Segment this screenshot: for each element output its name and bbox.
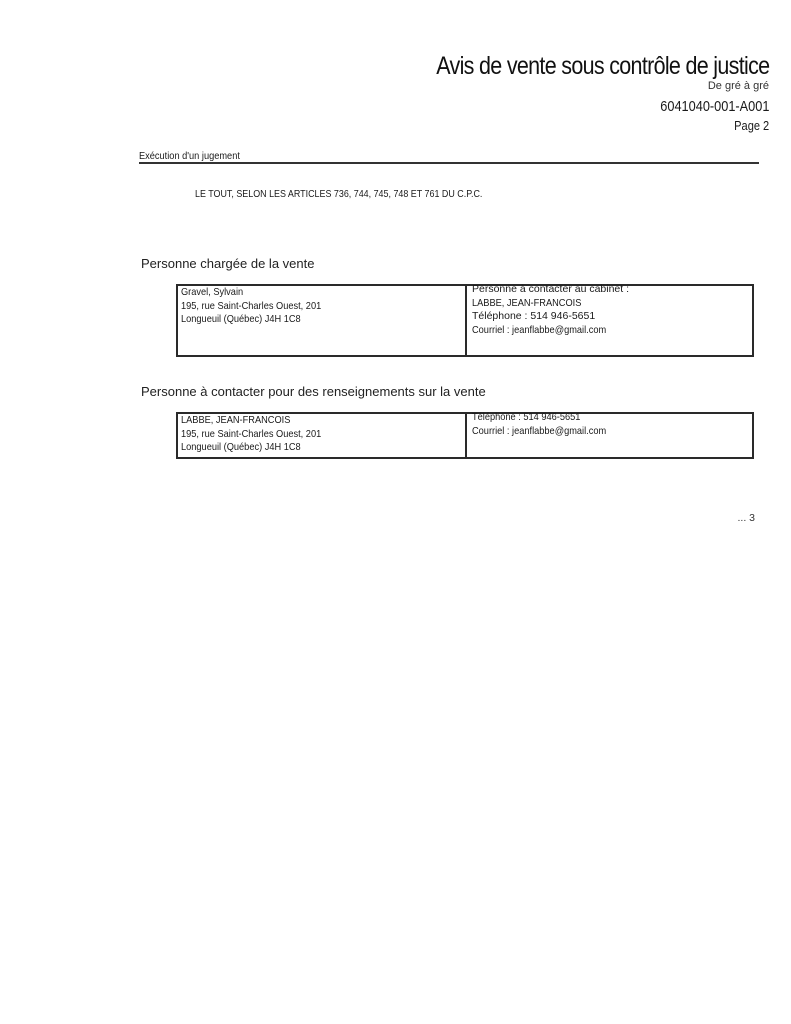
contact-person-box: LABBE, JEAN-FRANCOIS 195, rue Saint-Char… <box>176 412 754 459</box>
address-line: 195, rue Saint-Charles Ouest, 201 <box>181 300 431 314</box>
person-in-charge-box: Gravel, Sylvain 195, rue Saint-Charles O… <box>176 284 754 357</box>
contact-phone: Téléphone : 514 946-5651 <box>472 411 718 425</box>
contact-person-title: Personne à contacter pour des renseignem… <box>141 384 486 399</box>
address-line: Longueuil (Québec) J4H 1C8 <box>181 313 431 327</box>
contact-line: Personne à contacter au cabinet : <box>472 283 752 297</box>
person-in-charge-title: Personne chargée de la vente <box>141 256 314 271</box>
document-subtitle: De gré à gré <box>708 80 769 92</box>
contact-line: LABBE, JEAN-FRANCOIS <box>472 297 718 311</box>
person-in-charge-address: Gravel, Sylvain 195, rue Saint-Charles O… <box>178 286 467 355</box>
document-title: Avis de vente sous contrôle de justice <box>436 52 769 81</box>
contact-email: Courriel : jeanflabbe@gmail.com <box>472 324 718 338</box>
contact-person-address: LABBE, JEAN-FRANCOIS 195, rue Saint-Char… <box>178 414 467 457</box>
section-divider <box>139 162 759 164</box>
address-line: Gravel, Sylvain <box>181 286 431 300</box>
address-line: LABBE, JEAN-FRANCOIS <box>181 414 431 428</box>
section-heading-text: Exécution d'un jugement <box>139 150 240 162</box>
document-number: 6041040-001-A001 <box>660 98 769 115</box>
firm-contact-info: Personne à contacter au cabinet : LABBE,… <box>467 286 752 355</box>
page-number: Page 2 <box>734 118 769 133</box>
contact-person-info: Téléphone : 514 946-5651 Courriel : jean… <box>467 414 752 457</box>
section-heading: Exécution d'un jugement <box>139 150 759 162</box>
continuation-marker: ... 3 <box>737 512 755 524</box>
contact-email: Courriel : jeanflabbe@gmail.com <box>472 425 718 439</box>
legal-clause: LE TOUT, SELON LES ARTICLES 736, 744, 74… <box>195 188 482 200</box>
address-line: 195, rue Saint-Charles Ouest, 201 <box>181 428 431 442</box>
address-line: Longueuil (Québec) J4H 1C8 <box>181 441 431 455</box>
contact-phone: Téléphone : 514 946-5651 <box>472 310 752 324</box>
